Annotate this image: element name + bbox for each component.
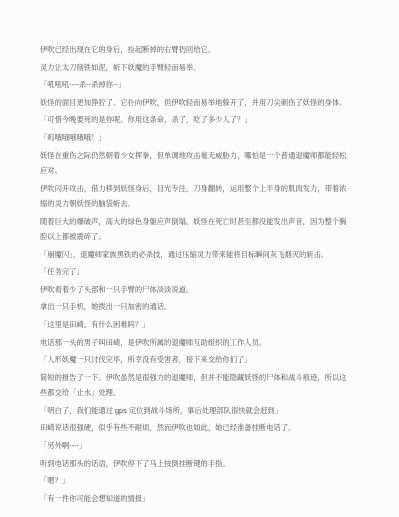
paragraph: 「有一件你可能会想知道的情报」 [40,491,353,506]
paragraph: 电话那一头的男子叫田崎，是伊吹所属的退魔师互助组织的工作人员。 [40,335,353,350]
paragraph: 随着巨大的爆破声，高大的绿色身躯应声倒塌，妖怪在死亡时甚至都没能发出声音，因为整… [40,214,353,245]
paragraph: 听到电话那头的话语，伊吹停下了马上按倒挂断键的手指。 [40,456,353,471]
paragraph: 灵力让太刀削铁如泥，斩下妖魔的手臂轻而易举。 [40,60,353,75]
paragraph: 「吼吼吼----杀--杀掉你--」 [40,77,353,92]
paragraph: 「可惜今晚要死的是你呢。你用这条命，杀了，吃了多少人了？」 [40,112,353,127]
paragraph: 妖怪在重伤之际仍然朝着少女挥拳，但单调地攻击毫无威胁力，哪怕是一个普通退魔师都能… [40,148,353,179]
paragraph: 简短的报告了一下。伊吹虽然是很强力的退魔师，但并不能隐藏妖怪的尸体和战斗痕迹，所… [40,370,353,401]
paragraph: 「呜哦哦哦哦哦！」 [40,130,353,145]
paragraph: 「明白了，我们能通过 gps 定位到战斗场所，事后处理部队很快就会赶到」 [40,403,353,418]
paragraph: 「另外啊----」 [40,438,353,453]
text-column: 伊吹已经出现在它的身后，捡起断掉的右臂扔回给它。灵力让太刀削铁如泥，斩下妖魔的手… [40,42,353,508]
paragraph: 「任务完了」 [40,264,353,279]
document-page: 伊吹已经出现在它的身后，捡起断掉的右臂扔回给它。灵力让太刀削铁如泥，斩下妖魔的手… [0,0,399,517]
paragraph: 伊吹看着少了头部和一只手臂的尸体淡淡说道。 [40,282,353,297]
paragraph: 妖怪的面目更加狰狞了。它扑向伊吹，但伊吹轻而易举地躲开了，并用刀尖刺伤了妖怪的身… [40,95,353,110]
paragraph: 「这里是田崎。有什么困难吗？」 [40,317,353,332]
paragraph: 「人形妖魔一只讨伐完毕，所幸没有受害者，接下来交给你们了」 [40,352,353,367]
paragraph: 田崎说话很强硬，似乎有些不耐烦，然而伊吹也如此，她已经准备挂断电话了。 [40,420,353,435]
paragraph: 「嗯？」 [40,473,353,488]
paragraph: 「崩魔闪」，退魔师家族黑铁的必杀技，通过压缩灵力带来能将目标瞬间灰飞烟灭的斩击。 [40,247,353,262]
paragraph: 伊吹闪开攻击，借力移到妖怪身后，目光专注，刀身翻转，运用整个上半身的肌肉发力，带… [40,181,353,212]
paragraph: 拿出一只手机，她拨出一只加密的通话。 [40,299,353,314]
paragraph: 伊吹已经出现在它的身后，捡起断掉的右臂扔回给它。 [40,42,353,57]
